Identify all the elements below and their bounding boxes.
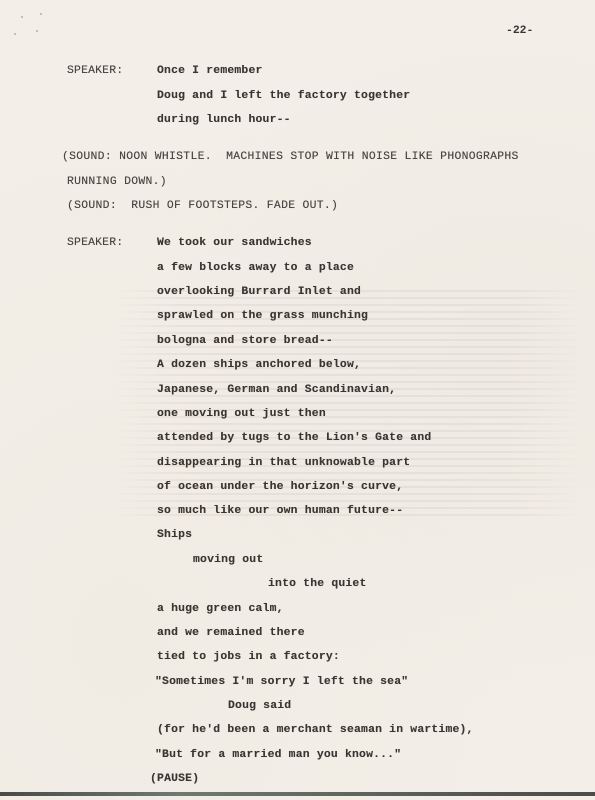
dialogue-line: Doug and I left the factory together [157, 89, 410, 103]
dialogue-line-indented: Doug said [228, 699, 291, 713]
ink-speck [14, 33, 16, 35]
ink-speck [40, 13, 42, 15]
dialogue-line: so much like our own human future-- [157, 504, 403, 518]
speaker-label: SPEAKER: [67, 236, 123, 250]
dialogue-line: A dozen ships anchored below, [157, 358, 361, 372]
dialogue-line: a few blocks away to a place [157, 261, 354, 275]
typescript-page: -22- SPEAKER: Once I remember Doug and I… [0, 0, 595, 796]
ink-speck [36, 30, 38, 32]
dialogue-line: "Sometimes I'm sorry I left the sea" [155, 675, 408, 689]
sound-cue-line: (SOUND: NOON WHISTLE. MACHINES STOP WITH… [62, 150, 519, 164]
dialogue-line: one moving out just then [157, 407, 326, 421]
dialogue-line: and we remained there [157, 626, 305, 640]
dialogue-line: (for he'd been a merchant seaman in wart… [157, 723, 474, 737]
dialogue-line: bologna and store bread-- [157, 334, 333, 348]
dialogue-line: disappearing in that unknowable part [157, 456, 410, 470]
dialogue-line: overlooking Burrard Inlet and [157, 285, 361, 299]
dialogue-line: attended by tugs to the Lion's Gate and [157, 431, 431, 445]
scan-bottom-edge [0, 792, 595, 796]
ink-speck [21, 16, 23, 18]
sound-cue-line: (SOUND: RUSH OF FOOTSTEPS. FADE OUT.) [67, 199, 338, 213]
stage-direction: (PAUSE) [150, 772, 199, 786]
dialogue-line: Ships [157, 528, 192, 542]
speaker-label: SPEAKER: [67, 64, 123, 78]
dialogue-line: during lunch hour-- [157, 113, 291, 127]
page-number: -22- [506, 25, 533, 37]
dialogue-line: sprawled on the grass munching [157, 309, 368, 323]
sound-cue-line: RUNNING DOWN.) [67, 175, 167, 189]
dialogue-line-indented: moving out [193, 553, 263, 567]
dialogue-line: a huge green calm, [157, 602, 284, 616]
dialogue-line: Once I remember [157, 64, 263, 78]
dialogue-line: We took our sandwiches [157, 236, 312, 250]
dialogue-line: tied to jobs in a factory: [157, 650, 340, 664]
dialogue-line: Japanese, German and Scandinavian, [157, 383, 396, 397]
dialogue-line: of ocean under the horizon's curve, [157, 480, 403, 494]
dialogue-line-indented: into the quiet [268, 577, 367, 591]
dialogue-line: "But for a married man you know..." [155, 748, 401, 762]
